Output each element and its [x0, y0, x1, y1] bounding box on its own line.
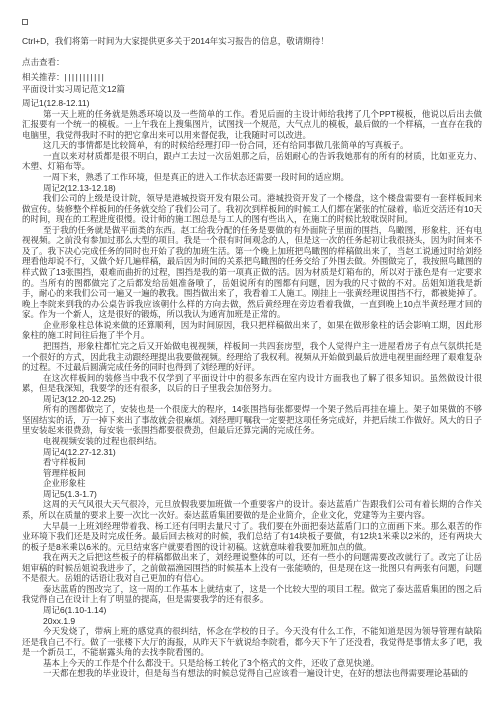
- paragraph: 我们公司的上级是设计院，领导是港城投资开发有限公司。港城投资开发了一个楼盘，这个…: [22, 193, 482, 225]
- paragraph: 这周的天气风很大天气很冷，元旦放假我要加班做一个重要客户的设计。泰达蓝盾广告跟我…: [22, 499, 482, 520]
- paragraph: 周记1(12.8-12.11): [22, 98, 482, 109]
- placeholder-square-icon: [22, 19, 28, 25]
- paragraph: 周记5(1.3-1.7): [22, 489, 482, 500]
- paragraph: 企业形象柱总体说来做的还算顺利，因为时间原因，我只把样稿做出来了，如果在做形象柱…: [22, 320, 482, 341]
- bookmark-promo-line: Ctrl+D，我们将第一时间为大家提供更多关于2014年实习报告的信息，敬请期待…: [22, 36, 482, 47]
- paragraph: 看守样板间: [22, 457, 482, 468]
- paragraph: 把围挡，形象柱都忙完之后又开始做电视视频，样板间一共四套房型，我个人觉得户主一进…: [22, 341, 482, 373]
- paragraph: 企业形象柱: [22, 478, 482, 489]
- paragraph: 第一天上班的任务就是熟悉环境以及一些简单的工作。看见后面的主设计师给我拷了几个P…: [22, 109, 482, 141]
- related-article-title: 平面设计实习周记范文12篇: [22, 84, 482, 95]
- document-page: Ctrl+D，我们将第一时间为大家提供更多关于2014年实习报告的信息，敬请期待…: [0, 19, 504, 679]
- article-body: 周记1(12.8-12.11)第一天上班的任务就是熟悉环境以及一些简单的工作。看…: [22, 98, 482, 679]
- paragraph: 在这次样板间的装修当中我不仅学到了平面设计中的很多东西在室内设计方面我也了解了很…: [22, 373, 482, 394]
- paragraph: 管理样板间: [22, 468, 482, 479]
- paragraph: 周记6(1.10-1.14): [22, 605, 482, 616]
- related-label: 相关推荐：: [22, 72, 65, 82]
- separator-bars: |||||||||||: [65, 72, 106, 82]
- paragraph: 周记2(12.13-12.18): [22, 183, 482, 194]
- related-recommendation-line: 相关推荐：|||||||||||: [22, 72, 482, 83]
- click-to-view-label: 点击查看：: [22, 57, 482, 68]
- paragraph: 一天都在想我的毕业设计，但是每当有想法的时候总觉得自己应该看一遍设计史，在好的想…: [22, 668, 482, 679]
- paragraph: 泰达蓝盾的图改完了，这一周的工作基本上就结束了，这是一个比较大型的项目工程。做完…: [22, 584, 482, 605]
- paragraph: 今天发烧了，带病上班的感觉真的很纠结，怀念在学校的日子。今天没有什么工作，不能知…: [22, 626, 482, 658]
- paragraph: 大早晨一上班刘经理带着我、杨工还有闫明去量尺寸了。我们要在外面把泰达蓝盾门口的立…: [22, 521, 482, 553]
- paragraph: 基本上今天的工作是个什么都没干。只是给杨工转化了3个格式的文件，还收了意见快递。: [22, 658, 482, 669]
- paragraph: 20xx.1.9: [22, 616, 482, 627]
- paragraph: 一直以来对材质都是很不明白，跟卢工去过一次岳姐那之后，岳姐耐心的告诉我她那有的所…: [22, 151, 482, 172]
- paragraph: 至于我的任务就是做平面类的东西。赵工给我分配的任务是要做的有外面院子里面的围挡，…: [22, 225, 482, 320]
- paragraph: 所有的图都做完了，安装也是一个很庞大的程序，14张围挡每张都要焊一个架子然后再挂…: [22, 404, 482, 436]
- paragraph: 周记3(12.20-12.25): [22, 394, 482, 405]
- paragraph: 电视视频安装的过程也很纠结。: [22, 436, 482, 447]
- paragraph: 这几天的事情都是比较简单，有的时候给经理打印一份合同，还有给同事做几张简单的写真…: [22, 140, 482, 151]
- paragraph: 周记4(12.27-12.31): [22, 447, 482, 458]
- paragraph: 我在两天之后把这些板子的样稿都做出来了，刘经理说整体的可以，还有一些小的问题需要…: [22, 552, 482, 584]
- paragraph: 一周下来，熟悉了工作环境，但是真正的进入工作状态还需要一段时间的适应期。: [22, 172, 482, 183]
